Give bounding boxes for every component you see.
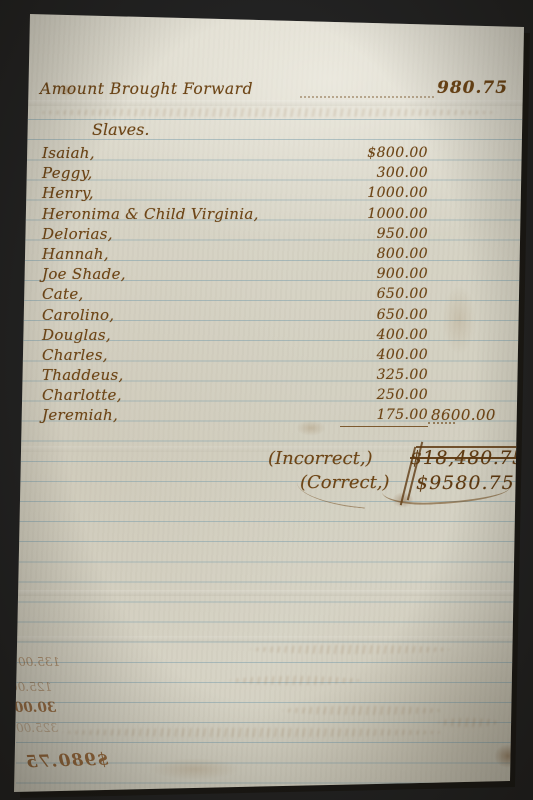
ledger-row: Joe Shade, 900.00 (0, 264, 533, 284)
ledger-row: Hannah, 800.00 (0, 244, 533, 264)
incorrect-total-label: (Incorrect,) (268, 448, 373, 469)
entry-name: Thaddeus, (42, 366, 124, 384)
entry-value: 400.00 (340, 345, 428, 365)
entry-name: Hannah, (42, 245, 109, 263)
photograph-of-ledger-page: Amount Brought Forward 980.75 Slaves. Is… (0, 0, 533, 800)
ledger-row: Henry, 1000.00 (0, 183, 533, 203)
ledger-entries: Isaiah, $800.00 Peggy, 300.00 Henry, 100… (0, 143, 533, 426)
entry-name: Heronima & Child Virginia, (42, 205, 259, 223)
slaves-subtotal-amount: 8600.00 (431, 405, 511, 425)
entry-value: 400.00 (340, 325, 428, 345)
entry-name: Joe Shade, (42, 265, 126, 283)
entry-value: 800.00 (340, 244, 428, 264)
entry-name: Henry, (42, 184, 94, 202)
entry-name: Delorias, (42, 225, 113, 243)
paper-crease (14, 100, 523, 106)
bleed-script-artifact (36, 108, 498, 117)
bleed-script-artifact (62, 728, 442, 737)
entry-value: 300.00 (340, 163, 428, 183)
bleed-through-number: 325.00 (16, 721, 58, 735)
ledger-row: Peggy, 300.00 (0, 163, 533, 183)
bleed-through-number: $980.75 (25, 750, 110, 773)
brought-forward-amount: 980.75 (437, 78, 508, 98)
entry-name: Charles, (42, 346, 108, 364)
entry-name: Charlotte, (42, 386, 122, 404)
ledger-row: Charlotte, 250.00 (0, 385, 533, 405)
ledger-row: Carolino, 650.00 (0, 305, 533, 325)
entry-value: 900.00 (340, 264, 428, 284)
bleed-script-artifact (230, 676, 360, 685)
bleed-script-artifact (438, 718, 498, 727)
bleed-script-artifact (282, 706, 442, 715)
ledger-row: Cate, 650.00 (0, 284, 533, 304)
entry-value: 950.00 (340, 224, 428, 244)
entry-name: Douglas, (42, 326, 111, 344)
ledger-row: Isaiah, $800.00 (0, 143, 533, 163)
entry-value: $800.00 (340, 143, 428, 163)
ledger-row-jeremiah-with-subtotal: Jeremiah, 175.00 8600.00 (0, 405, 533, 425)
entry-value: 250.00 (340, 385, 428, 405)
entry-value: 650.00 (340, 284, 428, 304)
entry-name: Peggy, (42, 164, 93, 182)
bleed-through-number: 125.00 (10, 680, 52, 694)
entry-name: Carolino, (42, 306, 114, 324)
entry-name: Cate, (42, 285, 84, 303)
entry-value: 650.00 (340, 305, 428, 325)
ledger-row: Douglas, 400.00 (0, 325, 533, 345)
paper-crease (14, 590, 523, 596)
entry-value: 1000.00 (340, 183, 428, 203)
paper-crease (14, 636, 523, 642)
section-title: Slaves. (92, 120, 149, 139)
entry-value-underlined: 175.00 (340, 405, 428, 426)
ledger-row: Heronima & Child Virginia, 1000.00 (0, 204, 533, 224)
dotted-leader (300, 82, 434, 98)
stain (150, 758, 240, 780)
bleed-through-number: 30.00 (14, 700, 56, 716)
bleed-script-artifact (250, 645, 450, 654)
ledger-row: Delorias, 950.00 (0, 224, 533, 244)
entry-value: 325.00 (340, 365, 428, 385)
stain (494, 744, 522, 768)
incorrect-total-amount-struck: $18,480.75 (410, 447, 525, 469)
ledger-row: Thaddeus, 325.00 (0, 365, 533, 385)
entry-name: Isaiah, (42, 144, 95, 162)
ledger-row: Charles, 400.00 (0, 345, 533, 365)
amount-brought-forward-label: Amount Brought Forward (40, 80, 253, 98)
bleed-through-number: 135.00 (18, 655, 60, 669)
ledger-paper: Amount Brought Forward 980.75 Slaves. Is… (0, 0, 533, 800)
entry-name: Jeremiah, (42, 406, 118, 424)
entry-value: 1000.00 (340, 204, 428, 224)
